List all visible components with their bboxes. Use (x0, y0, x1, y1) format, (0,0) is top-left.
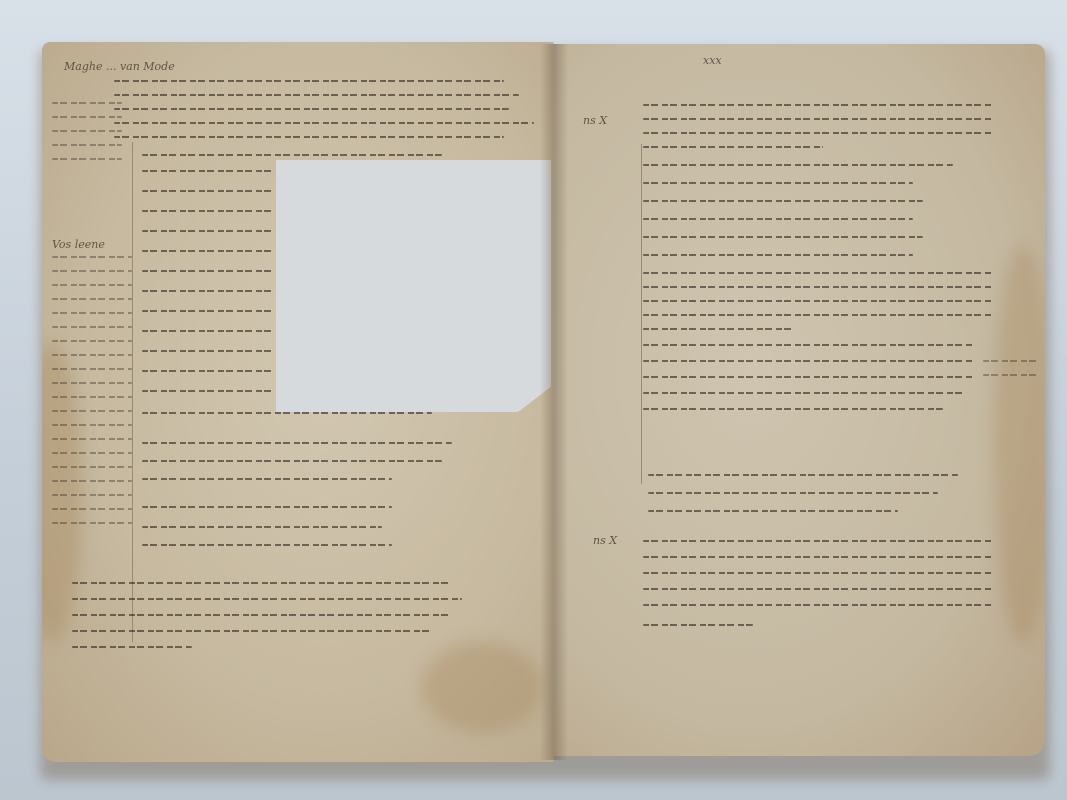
right-page: xxx ns X ns X (553, 44, 1045, 756)
folio-mark: xxx (703, 54, 722, 67)
stain (422, 642, 542, 732)
margin-mark-lower: ns X (593, 534, 617, 547)
stain (993, 244, 1045, 644)
margin-note: Vos leene (52, 238, 105, 251)
margin-rule (641, 144, 642, 484)
blank-insert-slip (276, 160, 551, 412)
stain (42, 342, 82, 642)
margin-rule (132, 142, 133, 642)
heading-fragment: Maghe ... van Mode (64, 60, 175, 73)
margin-mark: ns X (583, 114, 607, 127)
book-gutter (540, 44, 568, 760)
